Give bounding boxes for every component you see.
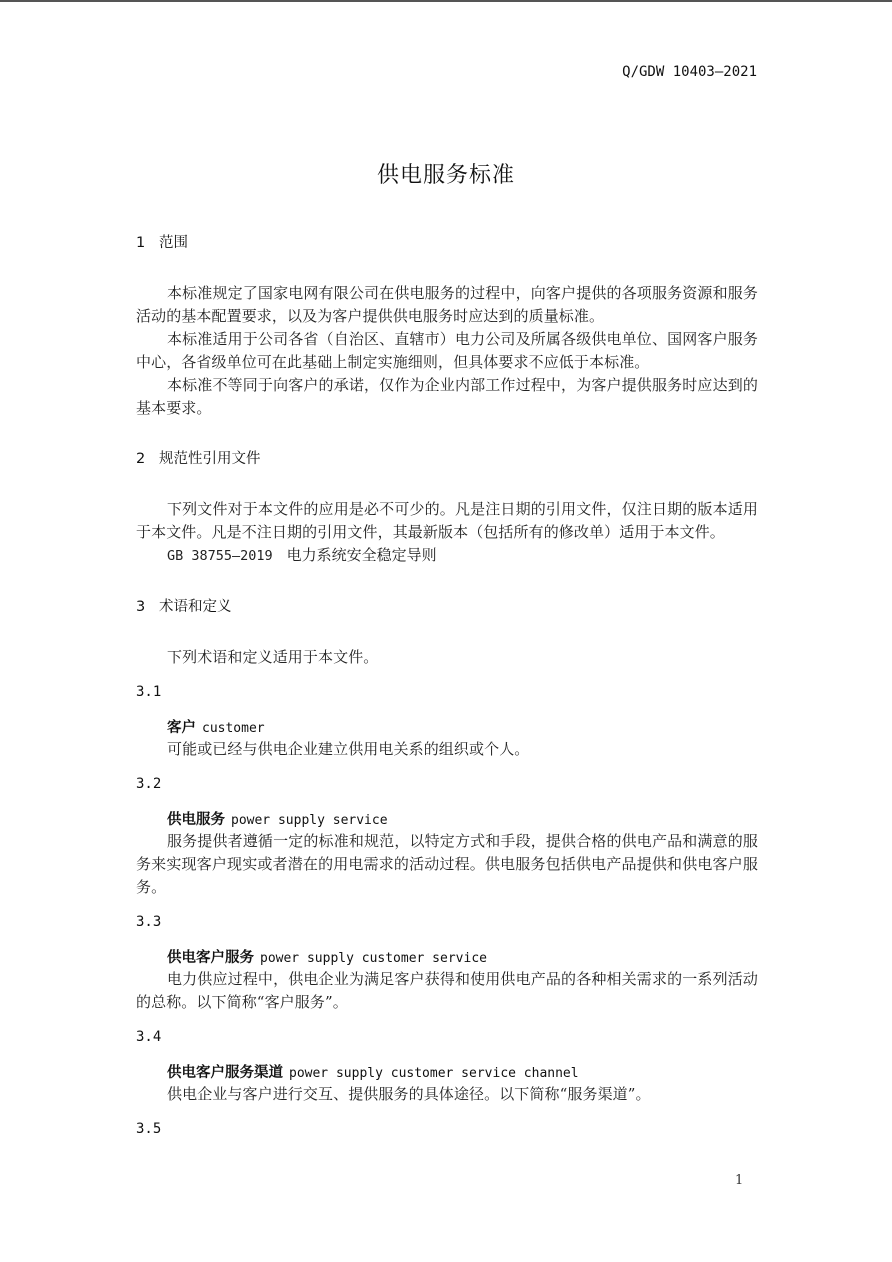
term-definition: 供电企业与客户进行交互、提供服务的具体途径。以下简称“服务渠道”。 <box>136 1083 758 1106</box>
term-chinese: 客户 <box>167 720 196 736</box>
document-title: 供电服务标准 <box>0 158 892 189</box>
paragraph: 本标准适用于公司各省（自治区、直辖市）电力公司及所属各级供电单位、国网客户服务中… <box>136 328 758 374</box>
section-title: 规范性引用文件 <box>159 451 261 467</box>
section-heading-normative-references: 2规范性引用文件 <box>136 448 758 470</box>
term-entry: 供电服务power supply service <box>136 807 758 830</box>
section-number: 1 <box>136 232 159 254</box>
reference-item: GB 38755—2019电力系统安全稳定导则 <box>136 544 758 568</box>
page-number: 1 <box>735 1173 743 1188</box>
term-entry: 供电客户服务power supply customer service <box>136 945 758 968</box>
term-definition: 服务提供者遵循一定的标准和规范，以特定方式和手段，提供合格的供电产品和满意的服务… <box>136 830 758 899</box>
section-title: 范围 <box>159 235 188 251</box>
term-english: power supply customer service channel <box>289 1066 579 1081</box>
standard-code: Q/GDW 10403—2021 <box>622 64 757 80</box>
section-number: 3 <box>136 596 159 618</box>
section-number: 2 <box>136 448 159 470</box>
clause-number: 3.5 <box>136 1118 758 1140</box>
term-english: power supply service <box>231 813 388 828</box>
clause-number: 3.4 <box>136 1026 758 1048</box>
term-entry: 客户customer <box>136 715 758 738</box>
term-definition: 电力供应过程中，供电企业为满足客户获得和使用供电产品的各种相关需求的一系列活动的… <box>136 968 758 1014</box>
term-english: power supply customer service <box>260 951 487 966</box>
section-heading-terms-definitions: 3术语和定义 <box>136 596 758 618</box>
paragraph: 下列文件对于本文件的应用是必不可少的。凡是注日期的引用文件，仅注日期的版本适用于… <box>136 498 758 544</box>
term-definition: 可能或已经与供电企业建立供用电关系的组织或个人。 <box>136 738 758 761</box>
clause-number: 3.3 <box>136 911 758 933</box>
term-entry: 供电客户服务渠道power supply customer service ch… <box>136 1060 758 1083</box>
clause-number: 3.2 <box>136 773 758 795</box>
top-border-rule <box>0 0 892 2</box>
term-chinese: 供电客户服务 <box>167 950 254 966</box>
paragraph: 本标准不等同于向客户的承诺，仅作为企业内部工作过程中，为客户提供服务时应达到的基… <box>136 374 758 420</box>
reference-name: 电力系统安全稳定导则 <box>287 546 437 564</box>
section-title: 术语和定义 <box>159 599 232 615</box>
clause-number: 3.1 <box>136 681 758 703</box>
reference-code: GB 38755—2019 <box>167 548 273 564</box>
term-english: customer <box>202 721 265 736</box>
term-chinese: 供电客户服务渠道 <box>167 1065 283 1081</box>
section-heading-scope: 1范围 <box>136 232 758 254</box>
term-chinese: 供电服务 <box>167 812 225 828</box>
paragraph: 下列术语和定义适用于本文件。 <box>136 646 758 669</box>
paragraph: 本标准规定了国家电网有限公司在供电服务的过程中，向客户提供的各项服务资源和服务活… <box>136 282 758 328</box>
document-body: 1范围 本标准规定了国家电网有限公司在供电服务的过程中，向客户提供的各项服务资源… <box>136 232 758 1140</box>
